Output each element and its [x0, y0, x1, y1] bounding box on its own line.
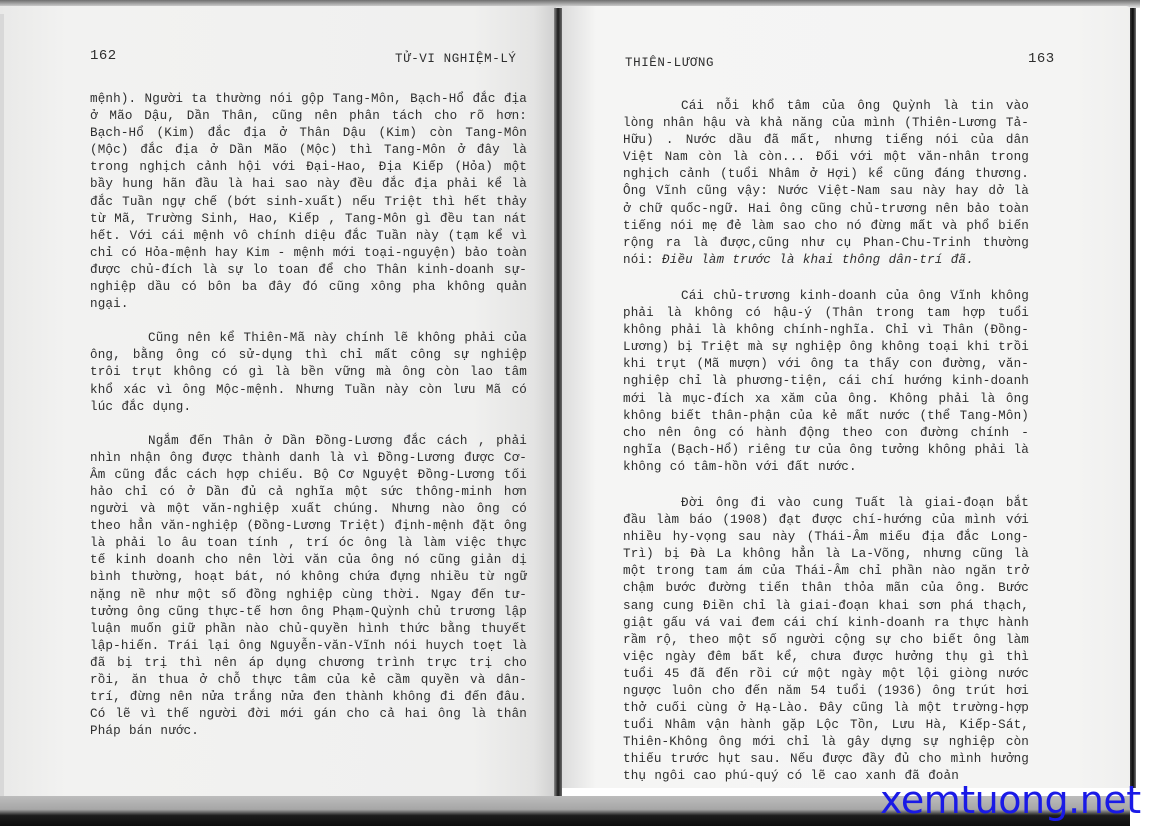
right-running-head: THIÊN-LƯƠNG	[625, 56, 714, 70]
right-paragraph: Đời ông đi vào cung Tuất là giai-đoạn bắ…	[623, 495, 1029, 786]
site-watermark: xemtuong.net	[880, 778, 1141, 822]
left-page-edge	[0, 14, 4, 796]
paragraph-text: Cái chủ-trương kinh-doanh của ông Vĩnh k…	[623, 289, 1029, 474]
left-page-body: mệnh). Người ta thường nói gộp Tang-Môn,…	[90, 91, 527, 740]
left-paragraph: Cũng nên kể Thiên-Mã này chính lẽ không …	[90, 330, 527, 415]
left-paragraph: mệnh). Người ta thường nói gộp Tang-Môn,…	[90, 91, 527, 313]
paragraph-text: Cái nỗi khổ tâm của ông Quỳnh là tin vào…	[623, 99, 1029, 267]
left-paragraph: Ngắm đến Thân ở Dần Đồng-Lương đắc cách …	[90, 433, 527, 741]
right-paragraph: Cái nỗi khổ tâm của ông Quỳnh là tin vào…	[623, 98, 1029, 269]
left-page-number: 162	[90, 48, 117, 64]
book-spread-scan: 162 TỬ-VI NGHIỆM-LÝ mệnh). Người ta thườ…	[0, 0, 1169, 826]
right-page-body: Cái nỗi khổ tâm của ông Quỳnh là tin vào…	[623, 98, 1029, 786]
right-paragraph: Cái chủ-trương kinh-doanh của ông Vĩnh k…	[623, 288, 1029, 476]
paragraph-italic-quote: Điều làm trước là khai thông dân-trí đã.	[662, 253, 974, 267]
right-page-edge-shadow	[1130, 8, 1136, 788]
book-spine	[554, 8, 562, 798]
paragraph-text: Đời ông đi vào cung Tuất là giai-đoạn bắ…	[623, 496, 1029, 784]
right-page-number: 163	[1028, 51, 1055, 67]
left-running-head: TỬ-VI NGHIỆM-LÝ	[395, 52, 517, 66]
